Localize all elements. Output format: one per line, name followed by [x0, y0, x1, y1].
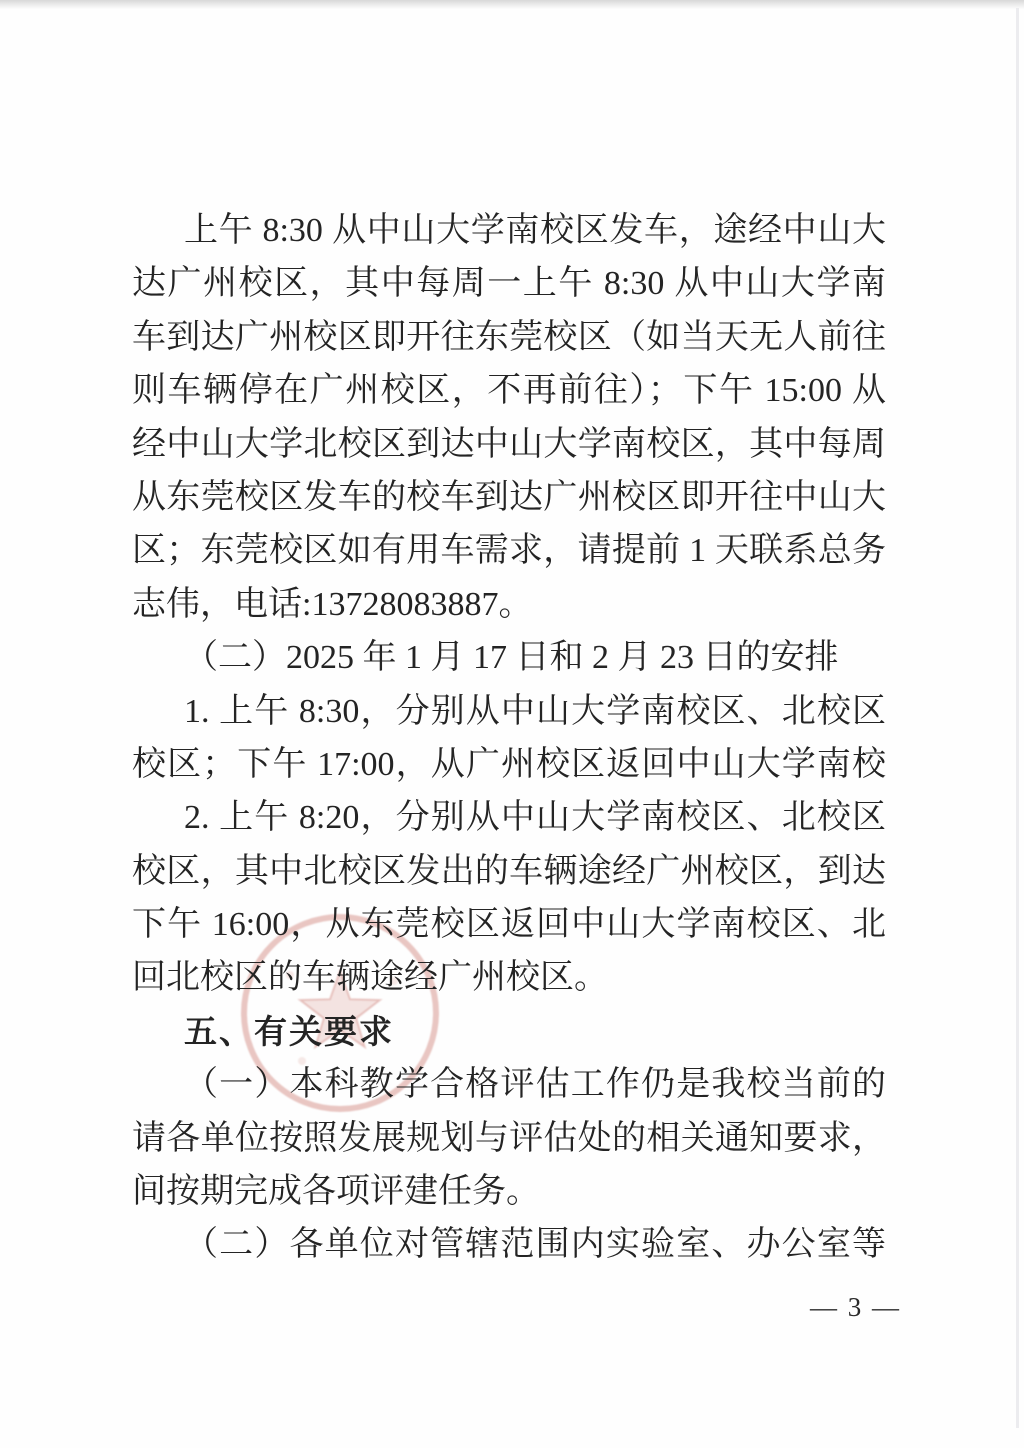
- text-line: 志伟，电话:13728083887。: [132, 578, 886, 631]
- text-line: （一）本科教学合格评估工作仍是我校当前的重点工作，: [132, 1058, 886, 1111]
- text-line: 上午 8:30 从中山大学南校区发车，途经中山大学北校区到: [132, 204, 886, 257]
- text-line: 校区；下午 17:00，从广州校区返回中山大学南校区、北校区。: [132, 738, 886, 791]
- text-line: 经中山大学北校区到达中山大学南校区，其中每周五下午 14:00: [132, 418, 886, 471]
- scan-edge-top: [0, 0, 1024, 9]
- text-line: 从东莞校区发车的校车到达广州校区即开往中山大学南、北校: [132, 471, 886, 524]
- text-line: （二）各单位对管辖范围内实验室、办公室等场所的电源、: [132, 1218, 886, 1271]
- text-line: 下午 16:00，从东莞校区返回中山大学南校区、北校区，其中返: [132, 898, 886, 951]
- section-heading-line: 五、有关要求: [132, 1005, 886, 1058]
- document-body: 上午 8:30 从中山大学南校区发车，途经中山大学北校区到 达广州校区，其中每周…: [132, 204, 886, 1272]
- text-line: 回北校区的车辆途经广州校区。: [132, 951, 886, 1004]
- text-line: 间按期完成各项评建任务。: [132, 1165, 886, 1218]
- text-line: 请各单位按照发展规划与评估处的相关通知要求，利用假期时: [132, 1112, 886, 1165]
- scanned-document-page: 上午 8:30 从中山大学南校区发车，途经中山大学北校区到 达广州校区，其中每周…: [0, 0, 1024, 1448]
- page-number: — 3 —: [810, 1292, 901, 1323]
- text-line: 区；东莞校区如有用车需求，请提前 1 天联系总务处车务科庾: [132, 524, 886, 577]
- text-line: 校区，其中北校区发出的车辆途经广州校区，到达东莞校区；: [132, 845, 886, 898]
- text-line: （二）2025 年 1 月 17 日和 2 月 23 日的安排: [132, 631, 886, 684]
- text-line: 达广州校区，其中每周一上午 8:30 从中山大学南校区发车的校: [132, 257, 886, 310]
- text-line: 1. 上午 8:30，分别从中山大学南校区、北校区发车至广州: [132, 685, 886, 738]
- text-line: 则车辆停在广州校区，不再前往）；下午 15:00 从广州校区发车，: [132, 364, 886, 417]
- text-line: 车到达广州校区即开往东莞校区（如当天无人前往东莞校区，: [132, 311, 886, 364]
- text-line: 2. 上午 8:20，分别从中山大学南校区、北校区发车至东莞: [132, 791, 886, 844]
- scan-edge-right: [1016, 8, 1019, 1428]
